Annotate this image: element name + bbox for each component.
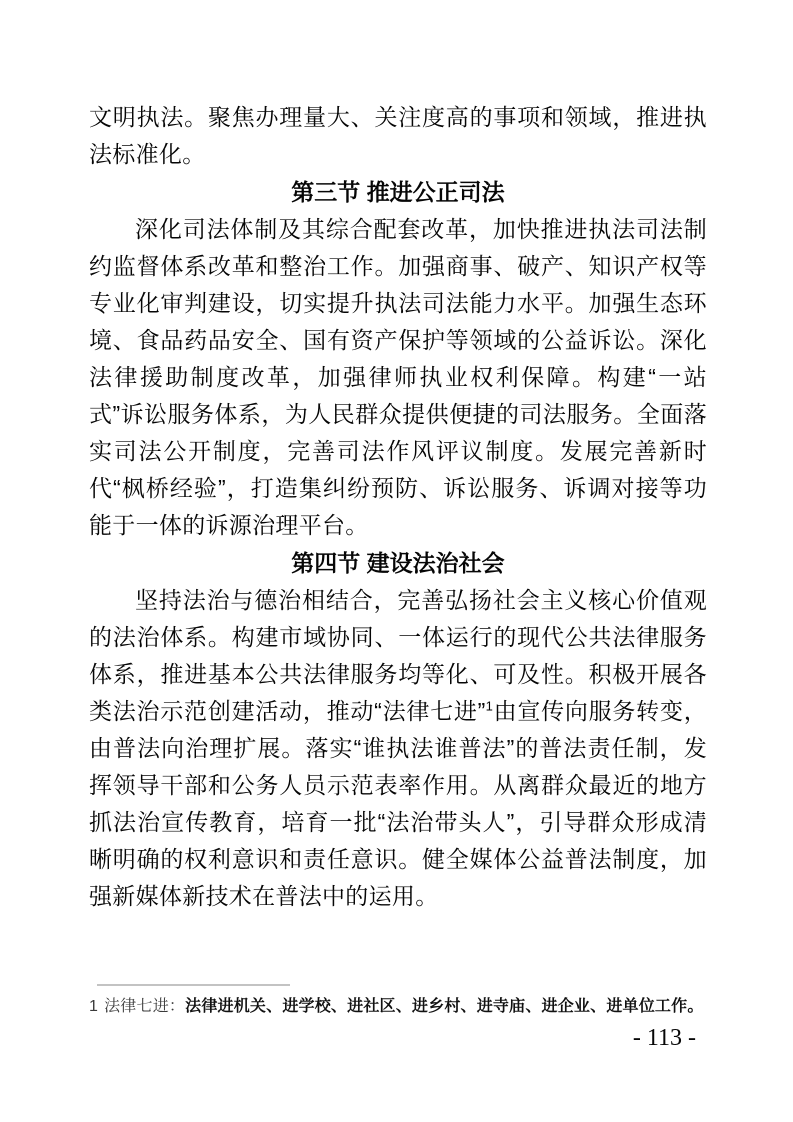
footnote-separator-rule <box>97 984 290 986</box>
body-paragraph-section-3: 深化司法体制及其综合配套改革，加快推进执法司法制约监督体系改革和整治工作。加强商… <box>89 211 707 544</box>
continuation-paragraph: 文明执法。聚焦办理量大、关注度高的事项和领域，推进执法标准化。 <box>89 99 707 173</box>
footnote-term: 法律七进： <box>104 998 185 1015</box>
footnote-reference: 1 <box>486 698 494 713</box>
section-heading-4: 第四节 建设法治社会 <box>89 544 707 582</box>
document-page: 文明执法。聚焦办理量大、关注度高的事项和领域，推进执法标准化。 第三节 推进公正… <box>0 0 793 1122</box>
body-paragraph-section-4: 坚持法治与德治相结合，完善弘扬社会主义核心价值观的法治体系。构建市域协同、一体运… <box>89 582 707 915</box>
footnote-definition: 法律进机关、进学校、进社区、进乡村、进寺庙、进企业、进单位工作。 <box>185 998 703 1015</box>
page-content: 文明执法。聚焦办理量大、关注度高的事项和领域，推进执法标准化。 第三节 推进公正… <box>89 99 707 915</box>
section-heading-3: 第三节 推进公正司法 <box>89 173 707 211</box>
footnote: 1法律七进：法律进机关、进学校、进社区、进乡村、进寺庙、进企业、进单位工作。 <box>89 995 721 1018</box>
page-number: - 113 - <box>633 1024 696 1052</box>
paragraph-text-after-footnote-ref: 由宣传向服务转变，由普法向治理扩展。落实“谁执法谁普法”的普法责任制，发挥领导干… <box>89 698 707 909</box>
footnote-marker: 1 <box>89 998 98 1015</box>
